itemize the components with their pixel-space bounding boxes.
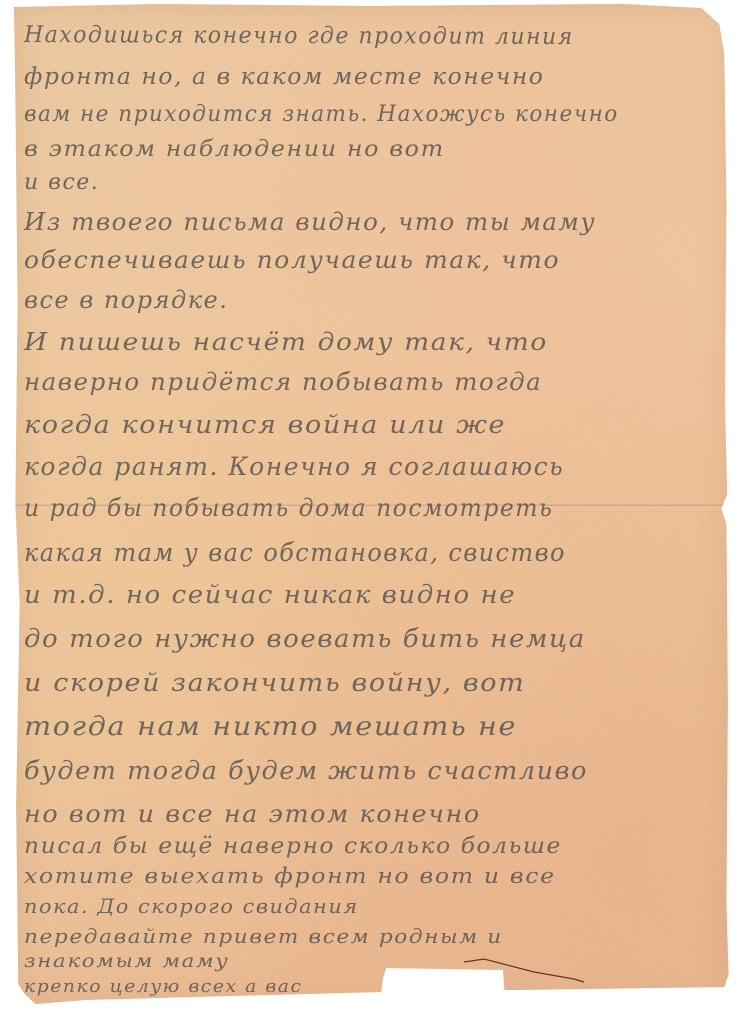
text-line: когда кончится война или же: [24, 410, 506, 439]
text-line: тогда нам никто мешать не: [24, 712, 517, 742]
text-line: передавайте привет всем родным и: [24, 924, 503, 948]
text-line: хотите выехать фронт но вот и все: [24, 864, 556, 888]
text-line: вам не приходится знать. Нахожусь конечн…: [24, 102, 619, 127]
text-line: и т.д. но сейчас никак видно не: [24, 580, 516, 609]
text-line: пока. До скорого свидания: [24, 894, 359, 918]
text-line: Находишься конечно где проходит линия: [24, 22, 574, 50]
letter-page: Находишься конечно где проходит линия фр…: [14, 4, 730, 1004]
text-line: и рад бы побывать дома посмотреть: [24, 494, 553, 522]
text-line: но вот и все на этом конечно: [24, 800, 481, 828]
text-line: в этаком наблюдении но вот: [24, 137, 445, 162]
text-line: писал бы ещё наверно сколько больше: [24, 834, 562, 859]
text-line: какая там у вас обстановка, свиство: [24, 538, 566, 567]
text-line: крепко целую всех а вас: [24, 976, 303, 997]
text-line: обеспечиваешь получаешь так, что: [24, 246, 560, 274]
text-line: когда ранят. Конечно я соглашаюсь: [24, 452, 564, 481]
text-line: фронта но, а в каком месте конечно: [24, 64, 544, 90]
text-line: И пишешь насчёт дому так, что: [24, 328, 548, 356]
text-line: будет тогда будем жить счастливо: [24, 756, 588, 785]
text-line: знакомым маму: [24, 950, 229, 972]
text-line: и все.: [24, 170, 99, 195]
text-line: все в порядке.: [24, 286, 228, 314]
text-line: до того нужно воевать бить немца: [24, 624, 586, 653]
text-line: и скорей закончить войну, вот: [24, 668, 525, 697]
text-line: Из твоего письма видно, что ты маму: [24, 208, 596, 236]
text-line: наверно придётся побывать тогда: [24, 368, 542, 396]
